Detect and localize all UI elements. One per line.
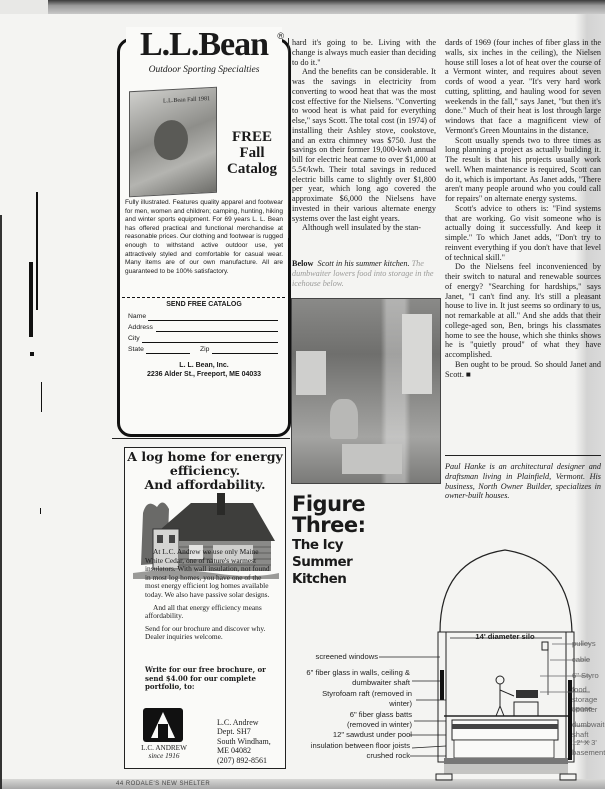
photo-caption: Below Scott in his summer kitchen. The d… [292,259,438,288]
free-catalog-offer: FREE Fall Catalog [220,129,284,177]
llbean-tagline: Outdoor Sporting Specialties [120,65,288,75]
lca-brand: L.C. ANDREW since 1916 [135,744,193,760]
coupon-city-field[interactable]: City [128,335,140,342]
lca-body-copy: At L.C. Andrew we use only Maine White C… [145,548,277,646]
article-column-2: hard it's going to be. Living with the c… [292,38,436,233]
llbean-ad: L.L.Bean ® Outdoor Sporting Specialties … [117,38,291,437]
coupon-cut-line [117,297,285,298]
page-folio: 44 RODALE'S NEW SHELTER [116,781,210,787]
article-column-3: dards of 1969 (four inches of fiber glas… [445,38,601,379]
column-divider [112,438,290,439]
lca-headline: A log home for energy efficiency. And af… [125,450,285,492]
lca-contact-address: L.C. Andrew Dept. SH7 South Windham, ME … [217,718,287,765]
llbean-mailing-address: L. L. Bean, Inc. 2236 Alder St., Freepor… [120,361,288,379]
end-rule [445,455,601,456]
llbean-logo: L.L.Bean [126,27,282,63]
column-rule [288,38,289,238]
lc-andrew-logo [143,708,183,742]
lc-andrew-ad: A log home for energy efficiency. And af… [124,447,286,769]
coupon-address-field[interactable]: Address [128,324,153,331]
lca-call-to-action: Write for our free brochure, or send $4.… [145,666,277,692]
summer-kitchen-photo [291,298,441,484]
catalog-cover-caption: L.L.Bean Fall 1981 [163,96,210,104]
author-bio: Paul Hanke is an architectural designer … [445,462,601,501]
coupon-title: SEND FREE CATALOG [120,301,288,308]
catalog-cover-image: L.L.Bean Fall 1981 [129,87,217,198]
coupon-zip-field[interactable]: Zip [200,346,209,353]
silo-dimension-label: 14' diameter silo [455,632,555,642]
registered-mark: ® [277,31,284,41]
scan-top-edge [0,0,605,14]
llbean-body-copy: Fully illustrated. Features quality appa… [125,199,283,276]
coupon-name-field[interactable]: Name [128,313,146,320]
coupon-state-field[interactable]: State [128,346,144,353]
